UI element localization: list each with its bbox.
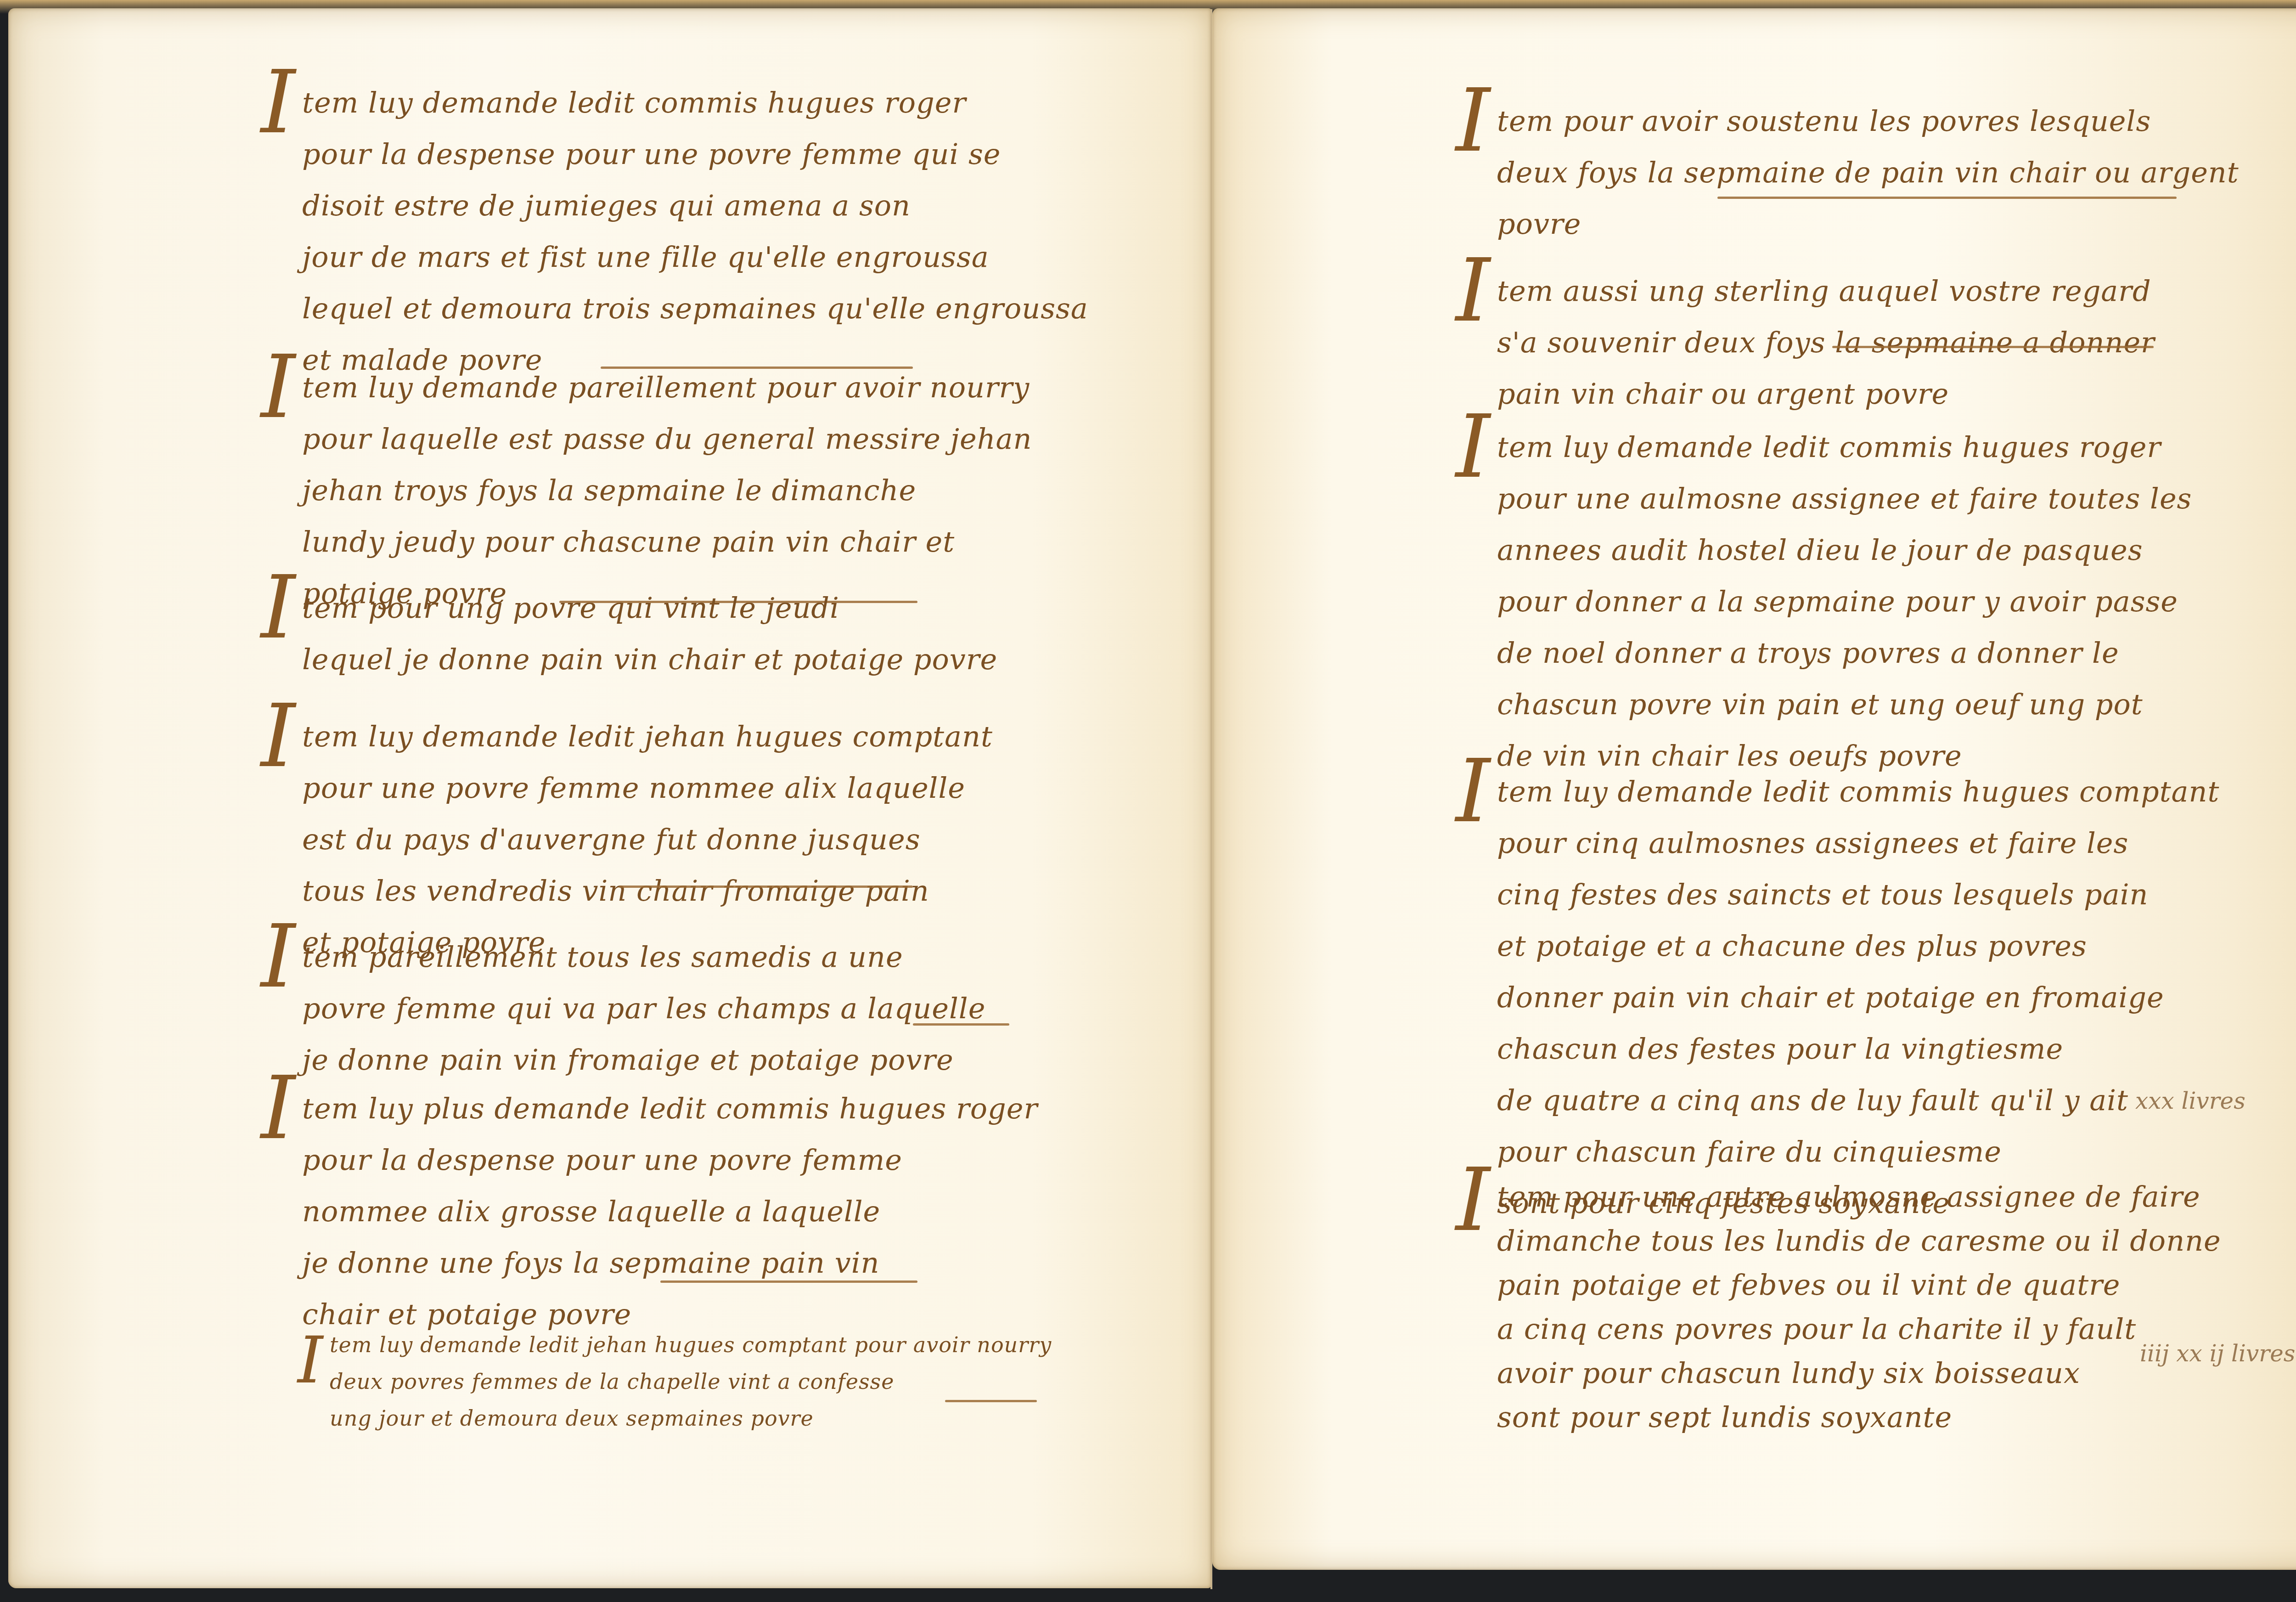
text-line: tem luy demande ledit commis hugues comp… [1497, 766, 2219, 818]
text-line: je donne pain vin fromaige et potaige po… [302, 1034, 985, 1086]
margin-sum-note: xxx livres [2135, 1088, 2245, 1114]
right-page: I tem pour avoir soustenu les povres les… [1212, 8, 2296, 1570]
text-line: de quatre a cinq ans de luy fault qu'il … [1497, 1075, 2219, 1126]
text-line: jour de mars et fist une fille qu'elle e… [302, 231, 1088, 283]
text-line: tem luy demande ledit jehan hugues compt… [302, 711, 993, 762]
text-line: pour la despense pour une povre femme [302, 1134, 1038, 1186]
entry-left-1: I tem luy demande ledit commis hugues ro… [302, 77, 1088, 386]
text-line: annees audit hostel dieu le jour de pasq… [1497, 525, 2192, 576]
drop-initial: I [261, 693, 295, 780]
text-line: tem pour ung povre qui vint le jeudi [302, 582, 997, 634]
text-line: tem luy demande ledit jehan hugues compt… [330, 1326, 1052, 1363]
text-line: povre femme qui va par les champs a laqu… [302, 983, 985, 1034]
drop-initial: I [1456, 1156, 1490, 1244]
line-filler-stroke [913, 1023, 1009, 1026]
line-filler-stroke [619, 886, 913, 888]
line-filler-stroke [660, 1280, 917, 1283]
text-line: pour donner a la sepmaine pour y avoir p… [1497, 576, 2192, 627]
drop-initial: I [1456, 748, 1490, 835]
text-line: cinq festes des saincts et tous lesquels… [1497, 869, 2219, 920]
text-line: lundy jeudy pour chascune pain vin chair… [302, 516, 1032, 568]
text-line: chascun des festes pour la vingtiesme [1497, 1023, 2219, 1075]
manuscript-spread: I tem luy demande ledit commis hugues ro… [0, 0, 2296, 1602]
text-line: deux povres femmes de la chapelle vint a… [330, 1363, 1052, 1400]
text-line: disoit estre de jumieges qui amena a son [302, 180, 1088, 231]
text-line: jehan troys foys la sepmaine le dimanche [302, 465, 1032, 516]
left-page: I tem luy demande ledit commis hugues ro… [8, 8, 1211, 1588]
drop-initial: I [298, 1317, 323, 1405]
entry-left-4: I tem luy demande ledit jehan hugues com… [302, 711, 993, 968]
drop-initial: I [261, 59, 295, 146]
text-line: lequel et demoura trois sepmaines qu'ell… [302, 283, 1088, 334]
entry-left-6: I tem luy plus demande ledit commis hugu… [302, 1083, 1038, 1340]
text-line: tem luy plus demande ledit commis hugues… [302, 1083, 1038, 1134]
text-line: tem pour une autre aulmosne assignee de … [1497, 1175, 2221, 1219]
drop-initial: I [261, 344, 295, 431]
entry-left-7: I tem luy demande ledit jehan hugues com… [330, 1326, 1052, 1437]
text-line: donner pain vin chair et potaige en from… [1497, 972, 2219, 1023]
drop-initial: I [261, 564, 295, 651]
text-line: et potaige et a chacune des plus povres [1497, 920, 2219, 972]
line-filler-stroke [945, 1400, 1037, 1402]
text-line: tem pour avoir soustenu les povres lesqu… [1497, 96, 2239, 147]
text-line: pour laquelle est passe du general messi… [302, 413, 1032, 465]
text-line: pain potaige et febves ou il vint de qua… [1497, 1263, 2221, 1307]
text-line: tem aussi ung sterling auquel vostre reg… [1497, 265, 2155, 317]
text-line: tem luy demande ledit commis hugues roge… [1497, 422, 2192, 473]
entry-right-5: I tem pour une autre aulmosne assignee d… [1497, 1175, 2221, 1439]
text-line: s'a souvenir deux foys la sepmaine a don… [1497, 317, 2155, 368]
text-line: tem luy demande ledit commis hugues roge… [302, 77, 1088, 129]
text-line: lequel je donne pain vin chair et potaig… [302, 634, 997, 685]
text-line: pour chascun faire du cinquiesme [1497, 1126, 2219, 1178]
text-line: a cinq cens povres pour la charite il y … [1497, 1307, 2221, 1351]
line-filler-stroke [1717, 197, 2177, 199]
text-line: tem luy demande pareillement pour avoir … [302, 362, 1032, 413]
entry-left-2: I tem luy demande pareillement pour avoi… [302, 362, 1032, 619]
drop-initial: I [261, 1065, 295, 1152]
entry-right-2: I tem aussi ung sterling auquel vostre r… [1497, 265, 2155, 420]
text-line: pour cinq aulmosnes assignees et faire l… [1497, 818, 2219, 869]
text-line: tem pareillement tous les samedis a une [302, 931, 985, 983]
text-line: povre [1497, 198, 2239, 250]
text-line: chascun povre vin pain et ung oeuf ung p… [1497, 679, 2192, 730]
drop-initial: I [261, 913, 295, 1000]
text-line: pour une povre femme nommee alix laquell… [302, 762, 993, 814]
text-line: ung jour et demoura deux sepmaines povre [330, 1400, 1052, 1437]
text-line: deux foys la sepmaine de pain vin chair … [1497, 147, 2239, 198]
text-line: nommee alix grosse laquelle a laquelle [302, 1186, 1038, 1237]
text-line: dimanche tous les lundis de caresme ou i… [1497, 1219, 2221, 1263]
text-line: de noel donner a troys povres a donner l… [1497, 627, 2192, 679]
text-line: pain vin chair ou argent povre [1497, 368, 2155, 420]
entry-right-1: I tem pour avoir soustenu les povres les… [1497, 96, 2239, 250]
drop-initial: I [1456, 77, 1490, 164]
entry-left-5: I tem pareillement tous les samedis a un… [302, 931, 985, 1086]
text-line: est du pays d'auvergne fut donne jusques [302, 814, 993, 865]
drop-initial: I [1456, 403, 1490, 491]
entry-left-3: I tem pour ung povre qui vint le jeudi l… [302, 582, 997, 685]
entry-right-3: I tem luy demande ledit commis hugues ro… [1497, 422, 2192, 782]
text-line: avoir pour chascun lundy six boisseaux [1497, 1351, 2221, 1395]
drop-initial: I [1456, 247, 1490, 334]
line-filler-stroke [1832, 346, 2154, 348]
text-line: sont pour sept lundis soyxante [1497, 1395, 2221, 1439]
margin-sum-note: iiij xx ij livres [2140, 1340, 2295, 1367]
text-line: pour la despense pour une povre femme qu… [302, 129, 1088, 180]
entry-right-4: I tem luy demande ledit commis hugues co… [1497, 766, 2219, 1229]
text-line: pour une aulmosne assignee et faire tout… [1497, 473, 2192, 525]
text-line: tous les vendredis vin chair fromaige pa… [302, 865, 993, 917]
